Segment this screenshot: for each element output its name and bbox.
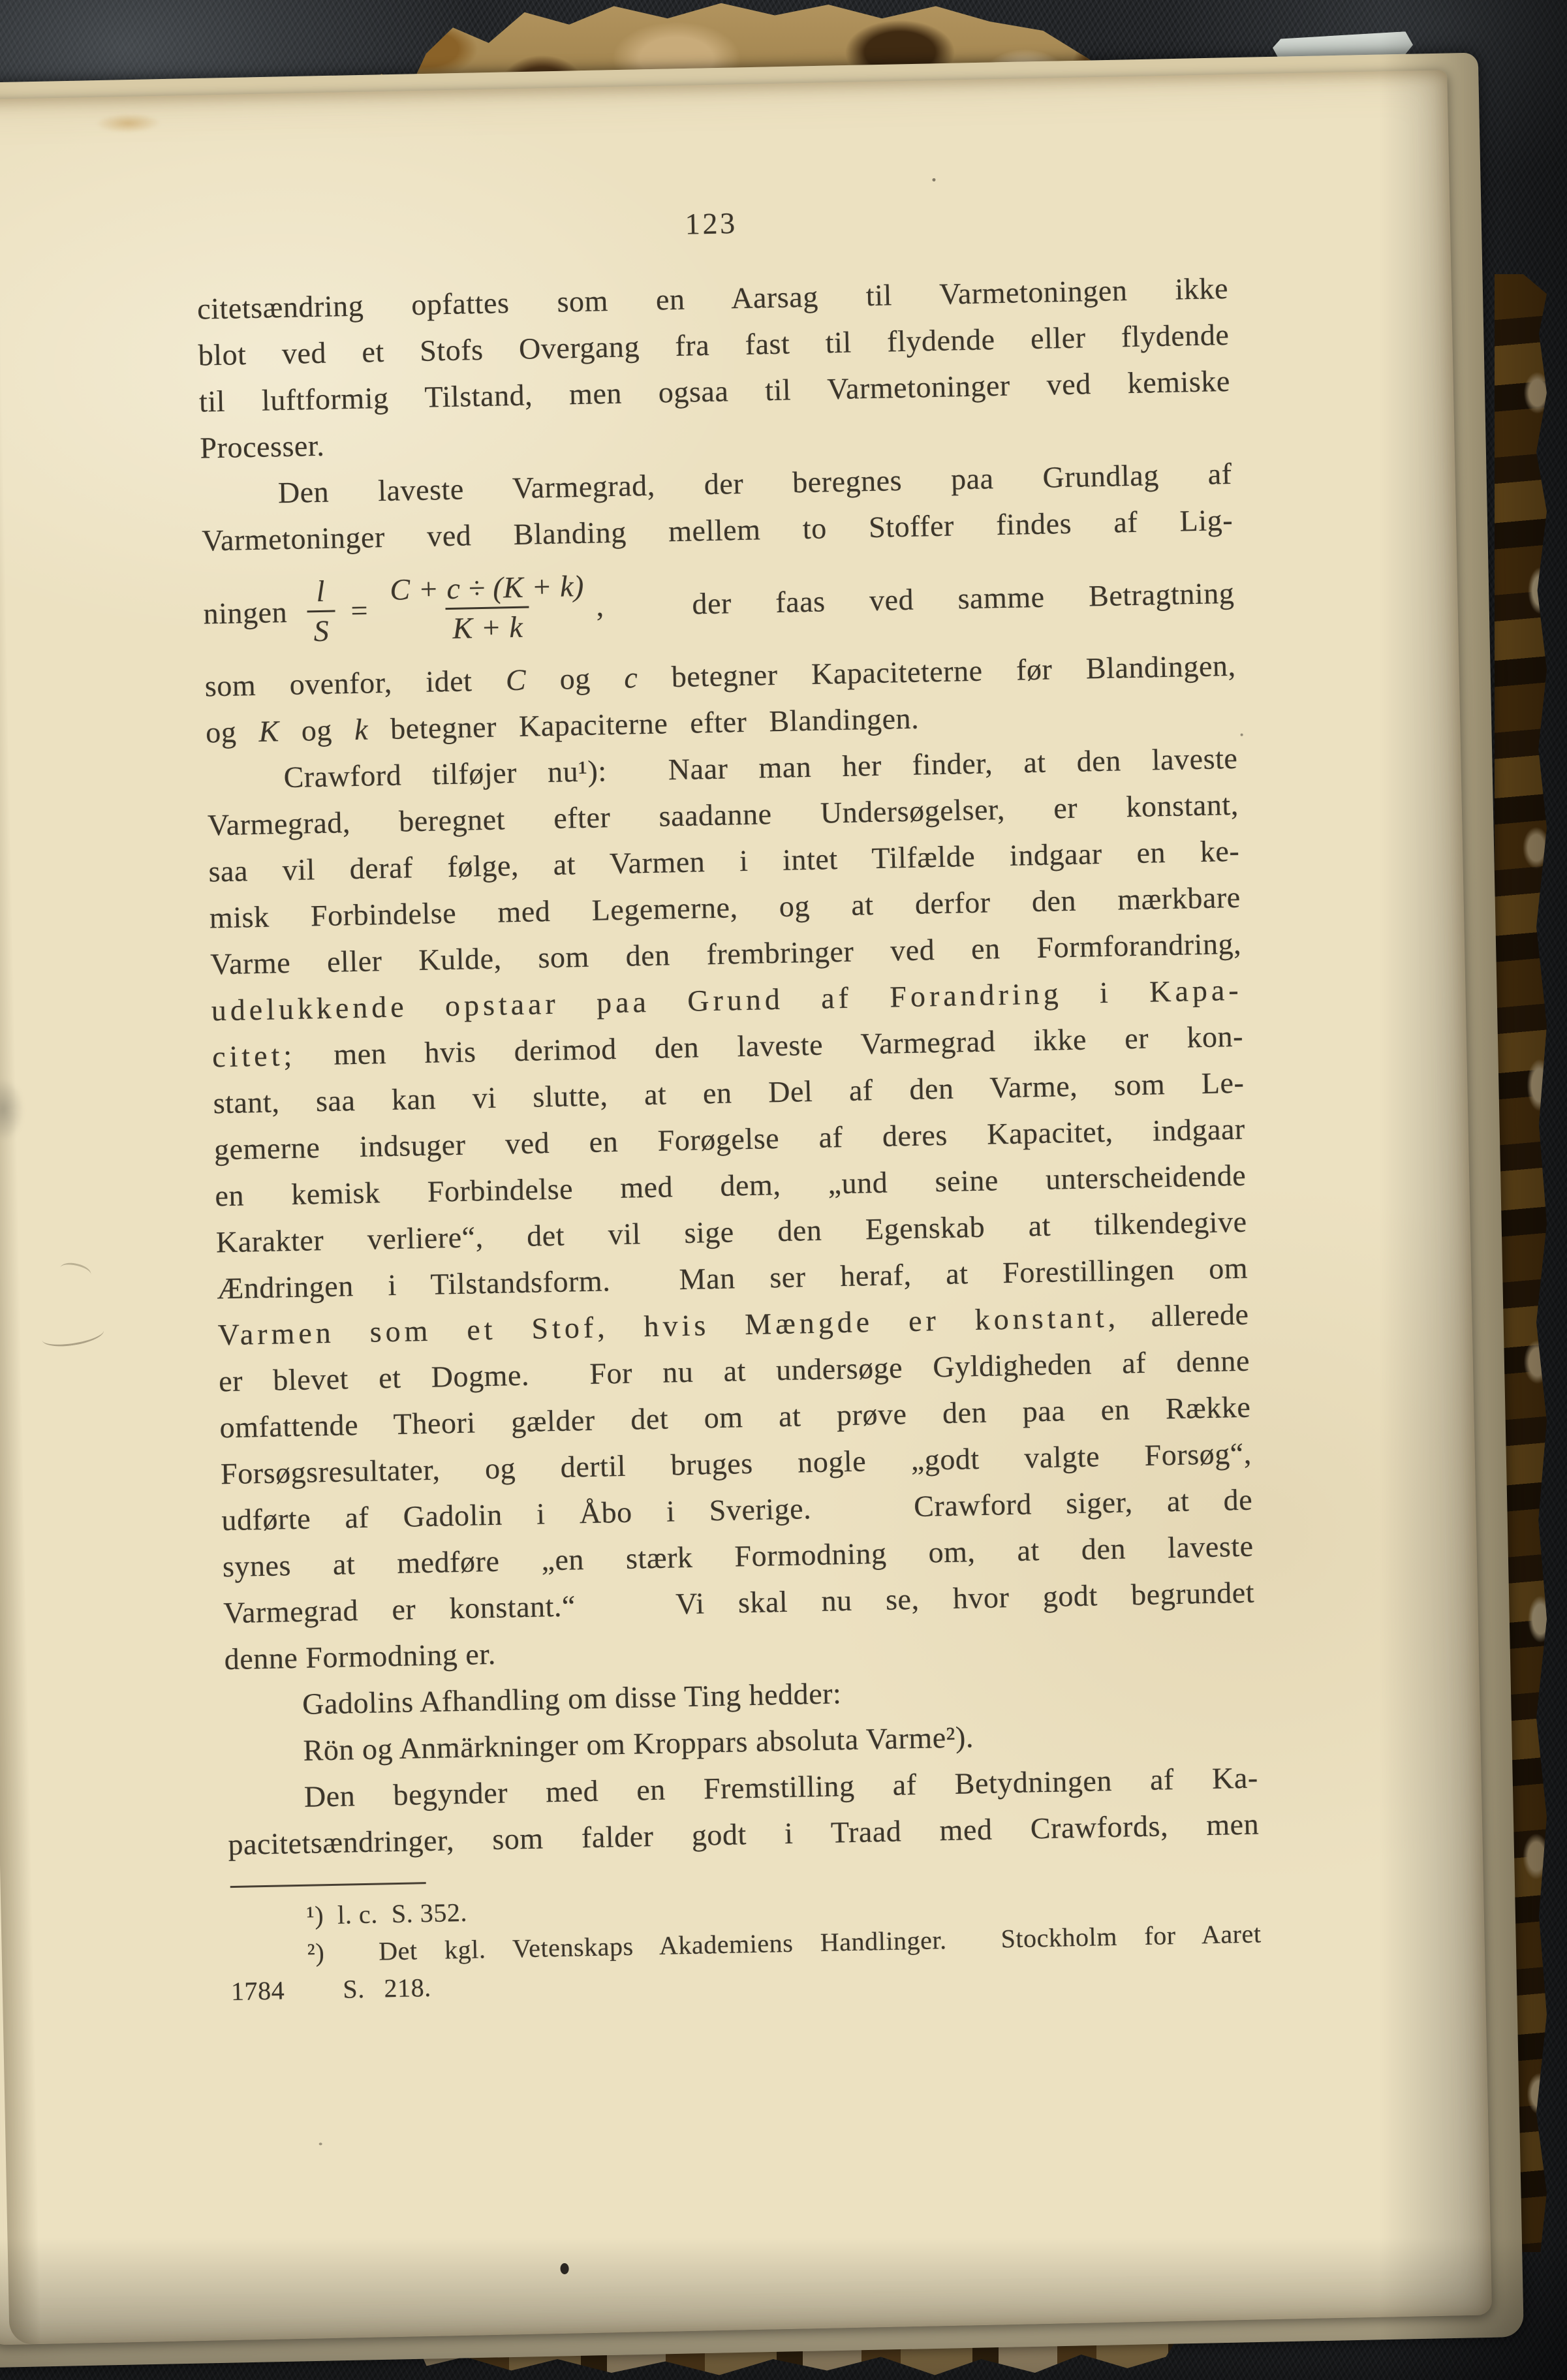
- fraction-main: C + c ÷ (K + k)K + k: [383, 569, 592, 646]
- scanned-book-photo: { "page_number": "123", "colors": { "pap…: [0, 0, 1567, 2380]
- ink-dot: [560, 2263, 568, 2274]
- book-page: 123 citetsændring opfattes som en Aarsag…: [0, 70, 1492, 2345]
- paper-speck: [319, 2142, 322, 2145]
- fraction-l-over-S: lS: [306, 574, 336, 648]
- text-column: citetsændring opfattes som en Aarsag til…: [196, 265, 1262, 2010]
- paper-stain: [95, 113, 161, 134]
- pencil-mark: [59, 1260, 93, 1282]
- paper-smudge: [0, 1078, 25, 1141]
- footnote-separator: [230, 1882, 426, 1888]
- page-number: 123: [195, 193, 1227, 255]
- paper-speck: [932, 178, 935, 181]
- paper-speck: [1241, 734, 1243, 736]
- pencil-mark: [40, 1320, 106, 1350]
- gutter-shadow: [0, 99, 41, 2345]
- footnote-block: ¹) l. c. S. 352.²) Det kgl. Vetenskaps A…: [229, 1877, 1262, 2010]
- text-block: citetsændring opfattes som en Aarsag til…: [196, 265, 1259, 1868]
